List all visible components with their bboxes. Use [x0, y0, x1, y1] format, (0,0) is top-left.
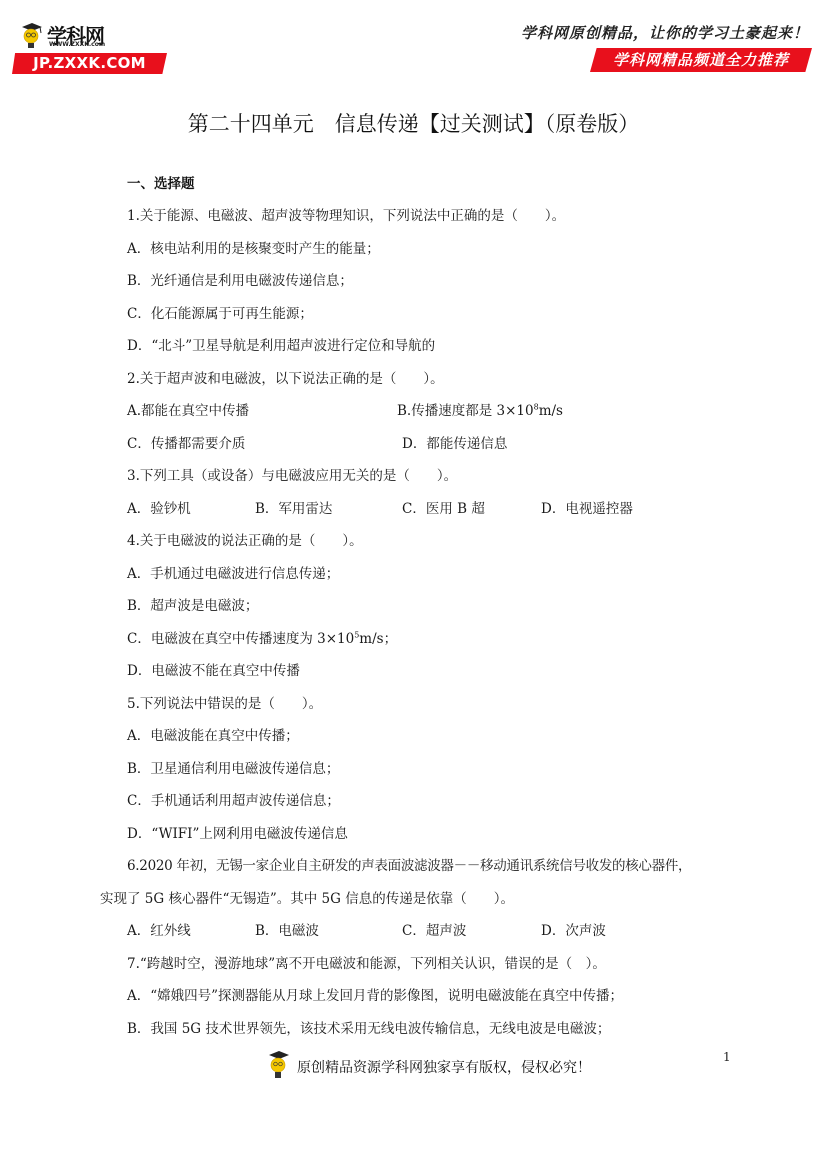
question-2-option-b-text: B.传播速度都是 3×10	[397, 403, 534, 419]
mascot-logo-icon	[20, 22, 44, 50]
mascot-footer-icon	[268, 1050, 290, 1080]
question-6-option-b: B．电磁波	[255, 919, 319, 939]
question-6-stem-line-1: 6.2020 年初，无锡一家企业自主研发的声表面波滤波器－－移动通讯系统信号收发…	[127, 854, 691, 874]
question-4-option-d: D．电磁波不能在真空中传播	[127, 659, 300, 679]
question-1-stem: 1.关于能源、电磁波、超声波等物理知识，下列说法中正确的是（ ）。	[127, 204, 565, 224]
question-1-option-a: A．核电站利用的是核聚变时产生的能量；	[127, 237, 380, 257]
question-4-option-b: B．超声波是电磁波；	[127, 594, 258, 614]
question-1-option-c: C．化石能源属于可再生能源；	[127, 302, 313, 322]
question-2-options-row-1: A.都能在真空中传播 B.传播速度都是 3×108m/s	[127, 399, 727, 419]
question-2-option-a: A.都能在真空中传播	[127, 399, 249, 419]
unit-text: m/s	[539, 403, 563, 419]
question-3-option-a: A．验钞机	[127, 497, 191, 517]
question-4-stem: 4.关于电磁波的说法正确的是（ ）。	[127, 529, 363, 549]
question-2-option-b: B.传播速度都是 3×108m/s	[397, 399, 563, 419]
question-2-options-row-2: C．传播都需要介质 D．都能传递信息	[127, 432, 727, 452]
question-5-option-d: D．“WIFI”上网利用电磁波传递信息	[127, 822, 348, 842]
unit-text: m/s；	[359, 631, 397, 647]
question-5-option-b: B．卫星通信利用电磁波传递信息；	[127, 757, 339, 777]
question-2-option-c: C．传播都需要介质	[127, 432, 245, 452]
question-7-stem: 7.“跨越时空，漫游地球”离不开电磁波和能源，下列相关认识，错误的是（ ）。	[127, 952, 606, 972]
page-title: 第二十四单元 信息传递【过关测试】（原卷版）	[0, 108, 827, 138]
section-heading: 一、选择题	[127, 172, 195, 192]
question-3-option-b: B．军用雷达	[255, 497, 332, 517]
logo-banner[interactable]: JP.ZXXK.COM	[12, 53, 167, 74]
question-4-option-a: A．手机通过电磁波进行信息传递；	[127, 562, 339, 582]
recommend-banner: 学科网精品频道全力推荐	[590, 48, 812, 72]
recommend-banner-text: 学科网精品频道全力推荐	[590, 48, 812, 72]
footer-copyright: 原创精品资源学科网独家享有版权，侵权必究！	[297, 1057, 591, 1077]
page-number: 1	[723, 1050, 731, 1064]
question-4-option-c: C．电磁波在真空中传播速度为 3×105m/s；	[127, 627, 397, 647]
question-4-option-c-text: C．电磁波在真空中传播速度为 3×10	[127, 631, 354, 647]
question-3-option-d: D．电视遥控器	[541, 497, 633, 517]
question-5-stem: 5.下列说法中错误的是（ ）。	[127, 692, 322, 712]
question-2-stem: 2.关于超声波和电磁波，以下说法正确的是（ ）。	[127, 367, 444, 387]
question-1-option-b: B．光纤通信是利用电磁波传递信息；	[127, 269, 353, 289]
question-2-option-d: D．都能传递信息	[402, 432, 507, 452]
question-6-options-row: A．红外线 B．电磁波 C．超声波 D．次声波	[127, 919, 727, 939]
logo-url-text: WWW.ZXXK.com	[49, 41, 105, 48]
question-3-stem: 3.下列工具（或设备）与电磁波应用无关的是（ ）。	[127, 464, 457, 484]
question-5-option-c: C．手机通话利用超声波传递信息；	[127, 789, 340, 809]
question-6-stem-line-2: 实现了 5G 核心器件“无锡造”。其中 5G 信息的传递是依靠（ ）。	[100, 887, 514, 907]
question-6-option-c: C．超声波	[402, 919, 466, 939]
question-6-option-a: A．红外线	[127, 919, 191, 939]
question-3-option-c: C．医用 B 超	[402, 497, 485, 517]
question-1-option-d: D．“北斗”卫星导航是利用超声波进行定位和导航的	[127, 334, 435, 354]
header-slogan: 学科网原创精品，让你的学习土豪起来！	[521, 22, 809, 43]
question-7-option-b: B．我国 5G 技术世界领先，该技术采用无线电波传输信息，无线电波是电磁波；	[127, 1017, 610, 1037]
logo-banner-text: JP.ZXXK.COM	[12, 53, 167, 74]
question-3-options-row: A．验钞机 B．军用雷达 C．医用 B 超 D．电视遥控器	[127, 497, 727, 517]
question-5-option-a: A．电磁波能在真空中传播；	[127, 724, 299, 744]
question-7-option-a: A．“嫦娥四号”探测器能从月球上发回月背的影像图，说明电磁波能在真空中传播；	[127, 984, 623, 1004]
question-6-option-d: D．次声波	[541, 919, 606, 939]
